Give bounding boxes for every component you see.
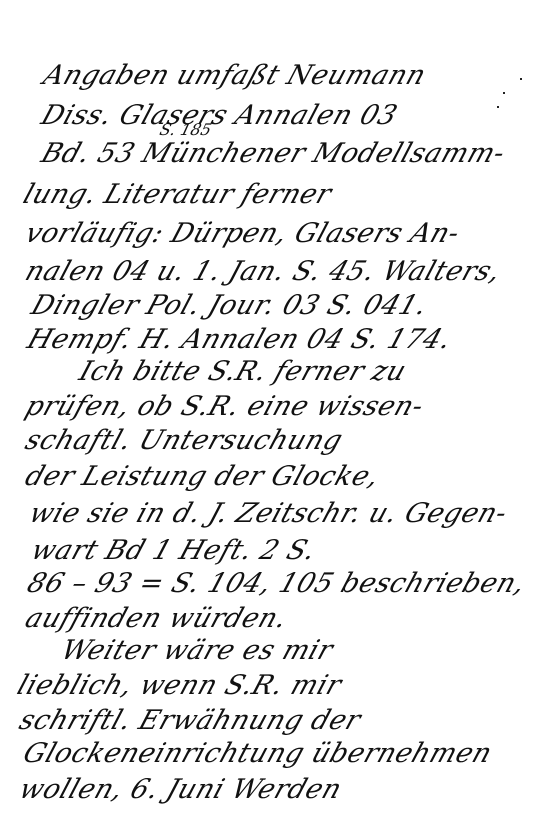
manuscript-line: Glockeneinrichtung übernehmen xyxy=(20,740,495,767)
manuscript-line: 86 – 93 = S. 104, 105 beschrieben, xyxy=(24,570,529,597)
manuscript-line: Diss. Glasers Annalen 03 xyxy=(38,102,401,129)
margin-speck xyxy=(503,92,505,94)
manuscript-line: lieblich, wenn S.R. mir xyxy=(14,672,345,699)
manuscript-line: wollen, 6. Juni Werden xyxy=(16,776,345,803)
margin-speck xyxy=(520,78,522,80)
page-reference-annotation: S. 185 xyxy=(158,122,213,138)
manuscript-line: Weiter wäre es mir xyxy=(58,637,336,664)
manuscript-line: nalen 04 u. 1. Jan. S. 45. Walters, xyxy=(22,258,504,285)
manuscript-line: Bd. 53 Münchener Modellsamm- xyxy=(38,140,508,167)
manuscript-line: lung. Literatur ferner xyxy=(20,181,335,208)
margin-speck xyxy=(497,106,499,108)
manuscript-line: schriftl. Erwähnung der xyxy=(16,707,364,734)
manuscript-page: Angaben umfaßt Neumann Diss. Glasers Ann… xyxy=(0,0,542,820)
manuscript-line: prüfen, ob S.R. eine wissen- xyxy=(22,393,427,420)
manuscript-line: wie sie in d. J. Zeitschr. u. Gegen- xyxy=(26,500,511,527)
manuscript-line: der Leistung der Glocke, xyxy=(22,463,383,490)
manuscript-line: auffinden würden. xyxy=(22,605,291,632)
manuscript-line: vorläufig: Dürpen, Glasers An- xyxy=(22,220,463,247)
manuscript-line: schaftl. Untersuchung xyxy=(22,427,346,454)
manuscript-line: Hempf. H. Annalen 04 S. 174. xyxy=(24,326,455,353)
manuscript-line: Angaben umfaßt Neumann xyxy=(40,62,429,89)
manuscript-line: wart Bd 1 Heft. 2 S. xyxy=(28,537,319,564)
manuscript-line: Dingler Pol. Jour. 03 S. 041. xyxy=(28,292,431,319)
manuscript-line: Ich bitte S.R. ferner zu xyxy=(76,358,410,385)
